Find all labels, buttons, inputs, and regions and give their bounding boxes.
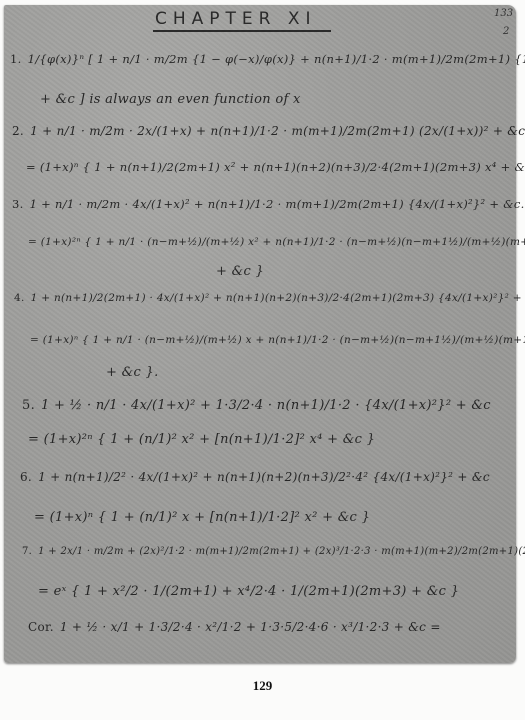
formula-line: = (1+x)²ⁿ { 1 + n/1 · (n−m+½)/(m+½) x² +… xyxy=(22,236,525,248)
formula-line: 4.1 + n(n+1)/2(2m+1) · 4x/(1+x)² + n(n+1… xyxy=(14,292,525,304)
formula-line: 2.1 + n/1 · m/2m · 2x/(1+x) + n(n+1)/1·2… xyxy=(12,124,525,138)
formula-line: 6.1 + n(n+1)/2² · 4x/(1+x)² + n(n+1)(n+2… xyxy=(20,470,490,484)
chapter-title: CHAPTER XI xyxy=(155,9,317,29)
formula-line: 7.1 + 2x/1 · m/2m + (2x)²/1·2 · m(m+1)/2… xyxy=(22,546,525,557)
formula-line: 3.1 + n/1 · m/2m · 4x/(1+x)² + n(n+1)/1·… xyxy=(12,197,525,211)
formula-line: = (1+x)²ⁿ { 1 + (n/1)² x² + [n(n+1)/1·2]… xyxy=(22,432,375,447)
formula-line: = eˣ { 1 + x²/2 · 1/(2m+1) + x⁴/2·4 · 1/… xyxy=(32,584,459,599)
formula-line: 5.1 + ½ · n/1 · 4x/(1+x)² + 1·3/2·4 · n(… xyxy=(22,398,491,413)
formula-line: + &c ] is always an even function of x xyxy=(34,92,301,107)
formula-line: 1.1/{φ(x)}ⁿ [ 1 + n/1 · m/2m {1 − φ(−x)/… xyxy=(10,52,525,66)
formula-line: + &c }. xyxy=(100,365,159,380)
formula-line: + &c } xyxy=(210,264,264,279)
corner-mark: 2 xyxy=(503,26,509,37)
corner-annotation: 133 xyxy=(494,8,513,19)
formula-line: = (1+x)ⁿ { 1 + n(n+1)/2(2m+1) x² + n(n+1… xyxy=(20,160,525,174)
formula-line: Cor.1 + ½ · x/1 + 1·3/2·4 · x²/1·2 + 1·3… xyxy=(28,620,441,634)
page-number: 129 xyxy=(0,678,525,694)
formula-line: = (1+x)ⁿ { 1 + n/1 · (n−m+½)/(m+½) x + n… xyxy=(24,334,525,346)
formula-line: = (1+x)ⁿ { 1 + (n/1)² x + [n(n+1)/1·2]² … xyxy=(28,510,370,525)
title-underline xyxy=(153,30,331,32)
